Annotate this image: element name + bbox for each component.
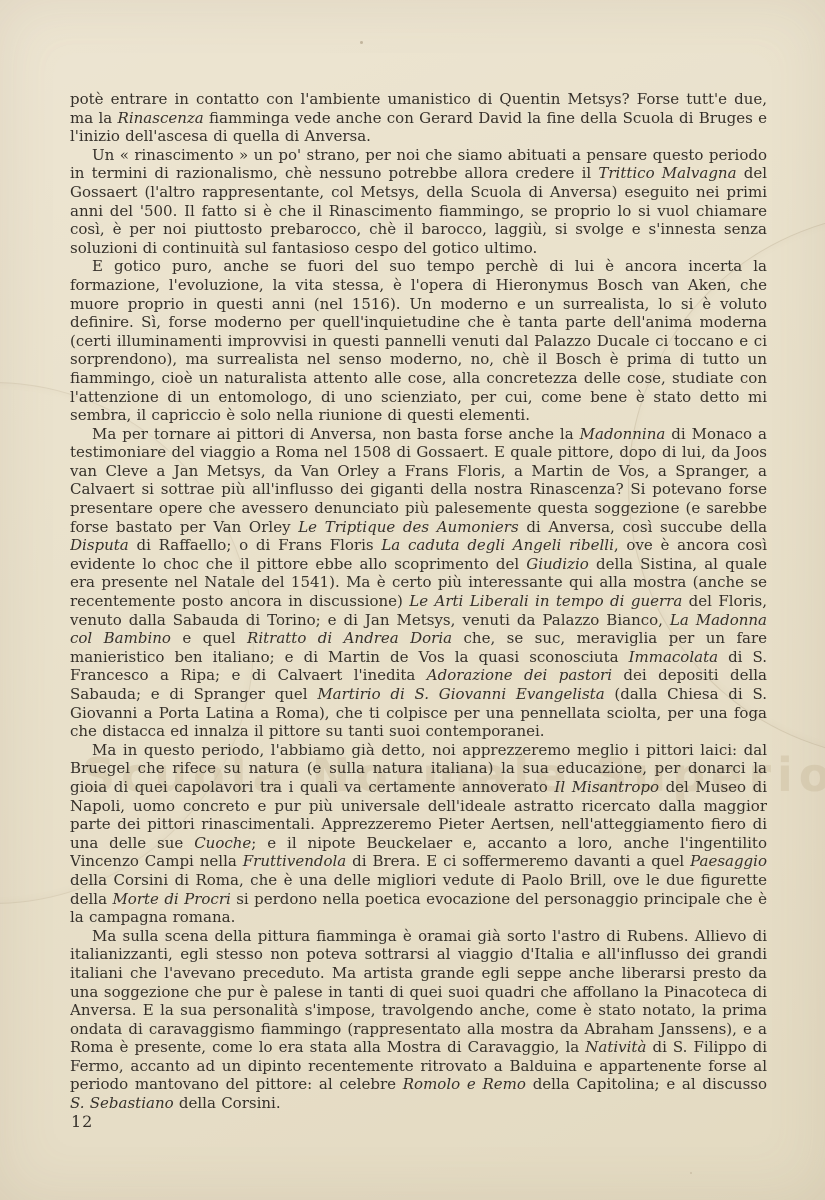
body-text: Ma per tornare ai pittori di Anversa, no…: [92, 425, 580, 443]
italic-work-title: Rinascenza: [118, 109, 204, 127]
italic-work-title: Adorazione dei pastori: [427, 666, 612, 684]
italic-work-title: La caduta degli Angeli ribelli: [381, 536, 614, 554]
italic-work-title: Giudizio: [526, 555, 589, 573]
italic-work-title: Le Triptique des Aumoniers: [298, 518, 518, 536]
italic-work-title: Fruttivendola: [243, 852, 346, 870]
paragraph: Ma in questo periodo, l'abbiamo già dett…: [70, 741, 767, 927]
italic-work-title: Paesaggio: [690, 852, 767, 870]
scan-speck: [690, 1172, 692, 1174]
body-text: di Raffaello; o di Frans Floris: [129, 536, 382, 554]
book-page: Scuola Normale Superiore potè entrare in…: [0, 0, 825, 1200]
paragraph: Ma per tornare ai pittori di Anversa, no…: [70, 425, 767, 741]
italic-work-title: Le Arti Liberali in tempo di guerra: [409, 592, 682, 610]
text-block: potè entrare in contatto con l'ambiente …: [70, 90, 767, 1116]
italic-work-title: Martirio di S. Giovanni Evangelista: [317, 685, 604, 703]
paragraph: potè entrare in contatto con l'ambiente …: [70, 90, 767, 146]
page-number: 12: [71, 1112, 93, 1131]
body-text: Ma sulla scena della pittura fiamminga è…: [70, 927, 767, 1057]
body-text: E gotico puro, anche se fuori del suo te…: [70, 257, 767, 424]
body-text: della Capitolina; e al discusso: [526, 1075, 767, 1093]
italic-work-title: Cuoche: [194, 834, 251, 852]
body-text: e quel: [171, 629, 247, 647]
paragraph: E gotico puro, anche se fuori del suo te…: [70, 257, 767, 424]
italic-work-title: Romolo e Remo: [403, 1075, 526, 1093]
italic-work-title: Immacolata: [629, 648, 718, 666]
italic-work-title: Trittico Malvagna: [598, 164, 736, 182]
body-text: di Brera. E ci soffermeremo davanti a qu…: [346, 852, 690, 870]
italic-work-title: Il Misantropo: [554, 778, 659, 796]
italic-work-title: S. Sebastiano: [70, 1094, 174, 1112]
italic-work-title: Morte di Procri: [112, 890, 230, 908]
body-text: di Anversa, così succube della: [519, 518, 767, 536]
italic-work-title: Ritratto di Andrea Doria: [247, 629, 452, 647]
italic-work-title: Madonnina: [580, 425, 666, 443]
body-text: della Corsini.: [174, 1094, 281, 1112]
italic-work-title: Natività: [585, 1038, 646, 1056]
paragraph: Ma sulla scena della pittura fiamminga è…: [70, 927, 767, 1113]
scan-speck: [360, 41, 363, 44]
paragraph: Un « rinascimento » un po' strano, per n…: [70, 146, 767, 258]
italic-work-title: Disputa: [70, 536, 129, 554]
